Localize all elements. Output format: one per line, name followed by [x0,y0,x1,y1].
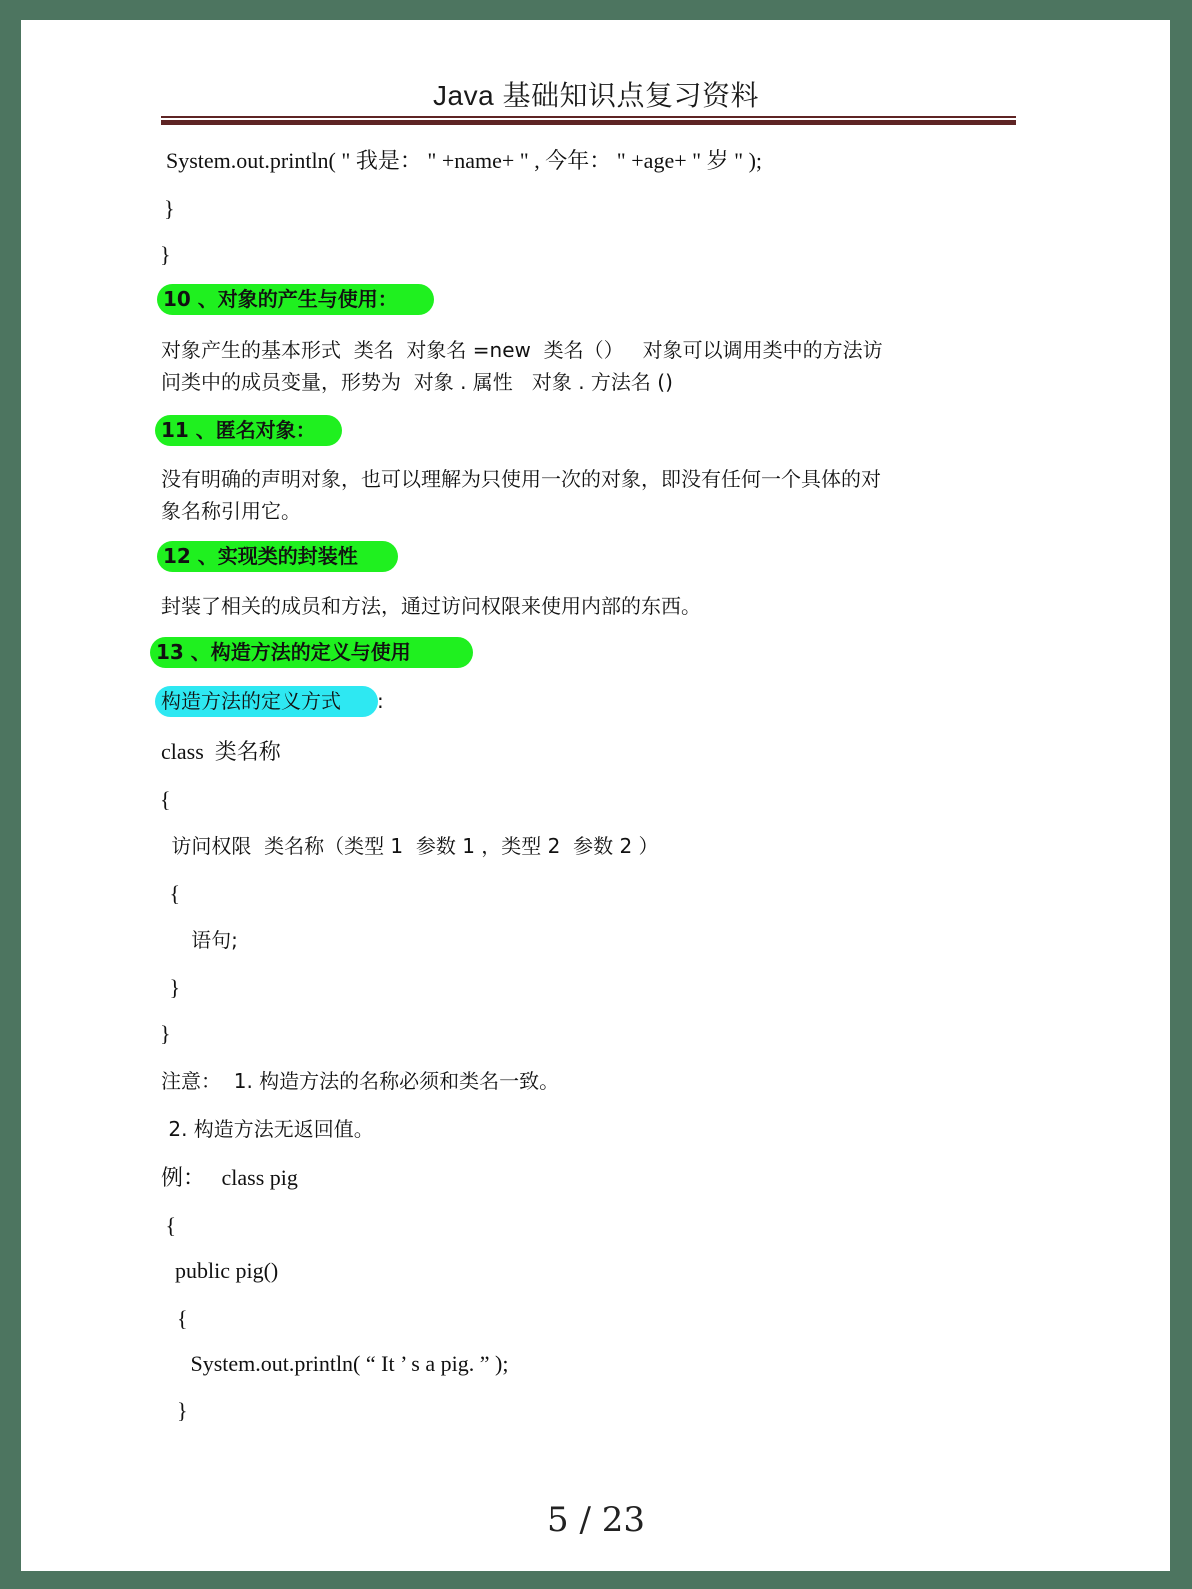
syntax-line: } [160,1020,171,1048]
section-heading-13: 13 、构造方法的定义与使用 [150,637,473,668]
example-line: System.out.println( “ It ’ s a pig. ” ); [174,1350,508,1378]
header-rule-thin [161,116,1016,118]
example-line: } [166,1397,188,1425]
syntax-line: 访问权限 类名称（类型 1 参数 1 ，类型 2 参数 2 ） [165,832,659,860]
note-line: 注意： 1. 构造方法的名称必须和类名一致。 [161,1067,559,1095]
header-rule-thick [161,120,1016,125]
syntax-line: class 类名称 [161,738,281,766]
example-line: public pig() [164,1257,278,1285]
note-line: 2. 构造方法无返回值。 [162,1115,374,1143]
example-line: 例： class pig [161,1164,298,1192]
paragraph-line: 没有明确的声明对象，也可以理解为只使用一次的对象，即没有任何一个具体的对 [161,465,881,493]
section-heading-12: 12 、实现类的封装性 [157,541,398,572]
section-heading-11: 11 、匿名对象： [155,415,342,446]
section-heading-10: 10 、对象的产生与使用： [157,284,434,315]
subheading-colon: : [377,686,384,717]
page-indicator: 5 / 23 [0,1500,1192,1540]
paragraph-line: 封装了相关的成员和方法，通过访问权限来使用内部的东西。 [161,592,701,620]
syntax-line: { [160,786,171,814]
code-line: } [160,241,171,269]
code-line: System.out.println( " 我是： " +name+ " , 今… [166,147,762,175]
paragraph-line: 问类中的成员变量，形势为 对象 . 属性 对象 . 方法名 () [161,368,673,396]
example-line: { [160,1212,176,1240]
syntax-line: { [164,880,180,908]
syntax-line: 语句; [172,926,238,954]
document-page [21,20,1170,1571]
subheading-constructor-definition: 构造方法的定义方式 [155,686,378,717]
example-line: { [166,1305,188,1333]
code-line: } [164,195,175,223]
paragraph-line: 对象产生的基本形式 类名 对象名 =new 类名（） 对象可以调用类中的方法访 [161,336,883,364]
paragraph-line: 象名称引用它。 [161,497,301,525]
document-header-title: Java 基础知识点复习资料 [0,74,1192,114]
syntax-line: } [164,974,180,1002]
